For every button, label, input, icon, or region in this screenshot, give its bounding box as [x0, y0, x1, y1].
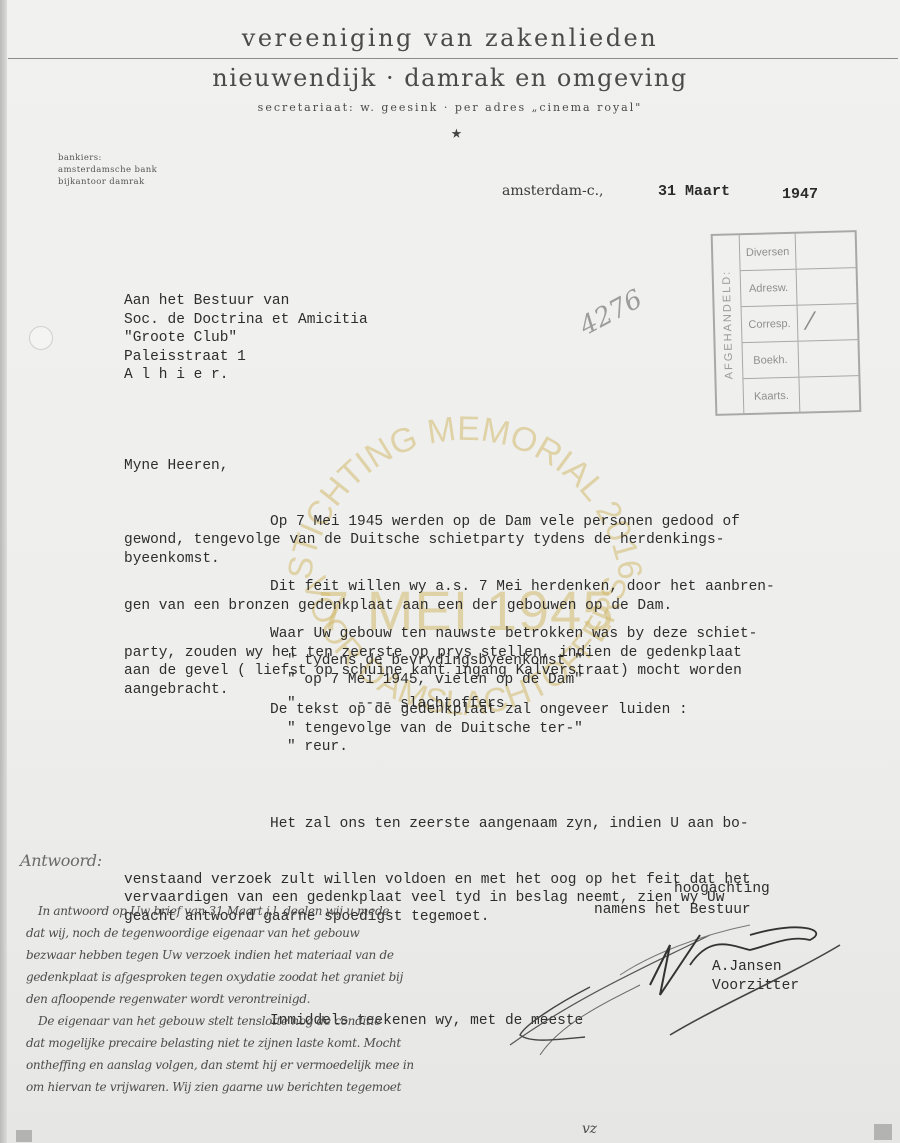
paragraph-line: gen van een bronzen gedenkplaat aan een … [124, 597, 775, 616]
handwritten-line: bezwaar hebben tegen Uw verzoek indien h… [26, 944, 586, 966]
stamp-row-label: Adresw. [741, 270, 798, 306]
stamp-row: Diversen [740, 232, 856, 271]
dateline-day-month: 31 Maart [658, 183, 730, 200]
paragraph-first-line: Dit feit willen wy a.s. 7 Mei herdenken,… [124, 578, 775, 597]
bankers-block: Bankiers: Amsterdamsche Bank Bijkantoor … [58, 152, 157, 188]
paragraph-gap [124, 615, 775, 625]
addressee-block: Aan het Bestuur vanSoc. de Doctrina et A… [124, 292, 368, 385]
stamp-row-check [798, 340, 858, 377]
handled-stamp: AFGEHANDELD: DiversenAdresw.Corresp.⁄Boe… [711, 230, 862, 416]
stamp-row: Adresw. [741, 268, 857, 307]
letterhead-rule [8, 58, 898, 59]
stamp-row-label: Corresp. [742, 306, 799, 342]
stamp-row-check [797, 268, 857, 305]
paragraph-line: byeenkomst. [124, 550, 775, 569]
dateline-year: 1947 [782, 186, 818, 203]
plaque-line: " reur. [287, 738, 583, 757]
bankers-bank: Amsterdamsche Bank [58, 164, 157, 176]
closing-first-line: Het zal ons ten zeerste aangenaam zyn, i… [124, 815, 751, 834]
dateline-place: Amsterdam-C., [502, 183, 603, 199]
handwritten-line: In antwoord op Uw brief van 31 Maart j.l… [26, 900, 586, 922]
stamp-row: Boekh. [743, 340, 859, 379]
handwritten-line: dat wij, noch de tegenwoordige eigenaar … [26, 922, 586, 944]
plaque-line: " tydens de bevrydingsbyeenkomst " [287, 652, 583, 671]
address-line: Aan het Bestuur van [124, 292, 368, 311]
stamp-rows: DiversenAdresw.Corresp.⁄Boekh.Kaarts. [740, 232, 860, 414]
stamp-row-check [796, 232, 856, 269]
plaque-line: " ---- slachtoffers [287, 695, 583, 714]
stamp-row-label: Kaarts. [743, 378, 800, 414]
bankers-branch: Bijkantoor Damrak [58, 176, 157, 188]
paragraph-first-line: Op 7 Mei 1945 werden op de Dam vele pers… [124, 513, 775, 532]
corner-mark-right [874, 1124, 892, 1140]
address-line: Paleisstraat 1 [124, 348, 368, 367]
handwritten-line: dat mogelijke precaire belasting niet te… [26, 1032, 586, 1054]
paragraph-gap [124, 568, 775, 578]
page-left-edge [0, 0, 7, 1143]
letterhead-subtitle: Nieuwendijk · Damrak en Omgeving [0, 64, 900, 92]
check-mark-icon: ⁄ [808, 307, 813, 335]
pencil-annotation: 4276 [575, 284, 648, 342]
punch-hole [29, 326, 53, 350]
address-line: "Groote Club" [124, 329, 368, 348]
stamp-row: Corresp.⁄ [742, 304, 858, 343]
plaque-line: " op 7 Mei 1945, vielen op de Dam" [287, 671, 583, 690]
plaque-line: " tengevolge van de Duitsche ter-" [287, 720, 583, 739]
corner-mark-left [16, 1130, 32, 1142]
handwritten-initials: vz [582, 1118, 597, 1140]
paragraph-line: gewond, tengevolge van de Duitsche schie… [124, 531, 775, 550]
paragraph-first-line: Waar Uw gebouw ten nauwste betrokken was… [124, 625, 775, 644]
stamp-row-label: Diversen [740, 234, 797, 270]
handwritten-line: gedenkplaat is afgesproken tegen oxydati… [26, 966, 586, 988]
closing-line: venstaand verzoek zult willen voldoen en… [124, 871, 751, 890]
sign-off-line2: hoogachting [674, 880, 770, 899]
handwritten-line: ontheffing en aanslag volgen, dan stemt … [26, 1054, 586, 1076]
handwritten-line: De eigenaar van het gebouw stelt tenslot… [26, 1010, 586, 1032]
handwritten-line: om hiervan te vrijwaren. Wij zien gaarne… [26, 1076, 586, 1098]
stamp-row-check [799, 376, 859, 413]
salutation: Myne Heeren, [124, 457, 775, 476]
letter-page: Vereeniging van Zakenlieden Nieuwendijk … [0, 0, 900, 1143]
star-icon: ★ [451, 122, 462, 144]
address-line: A l h i e r. [124, 366, 368, 385]
stamp-row-label: Boekh. [743, 342, 800, 378]
handwritten-label: Antwoord: [20, 850, 102, 872]
handwritten-line: den afloopende regenwater wordt verontre… [26, 988, 586, 1010]
pen-stroke [505, 985, 595, 1045]
handwritten-reply: In antwoord op Uw brief van 31 Maart j.l… [26, 900, 586, 1098]
address-line: Soc. de Doctrina et Amicitia [124, 311, 368, 330]
letterhead-organization: Vereeniging van Zakenlieden [0, 24, 900, 52]
bankers-label: Bankiers: [58, 152, 157, 164]
plaque-text: " tydens de bevrydingsbyeenkomst "" op 7… [287, 652, 583, 757]
stamp-title: AFGEHANDELD: [721, 270, 736, 380]
stamp-row: Kaarts. [743, 376, 859, 414]
letterhead-secretariat: Secretariaat: W. Geesink · per adres „Ci… [0, 101, 900, 114]
stamp-row-check: ⁄ [798, 304, 858, 341]
